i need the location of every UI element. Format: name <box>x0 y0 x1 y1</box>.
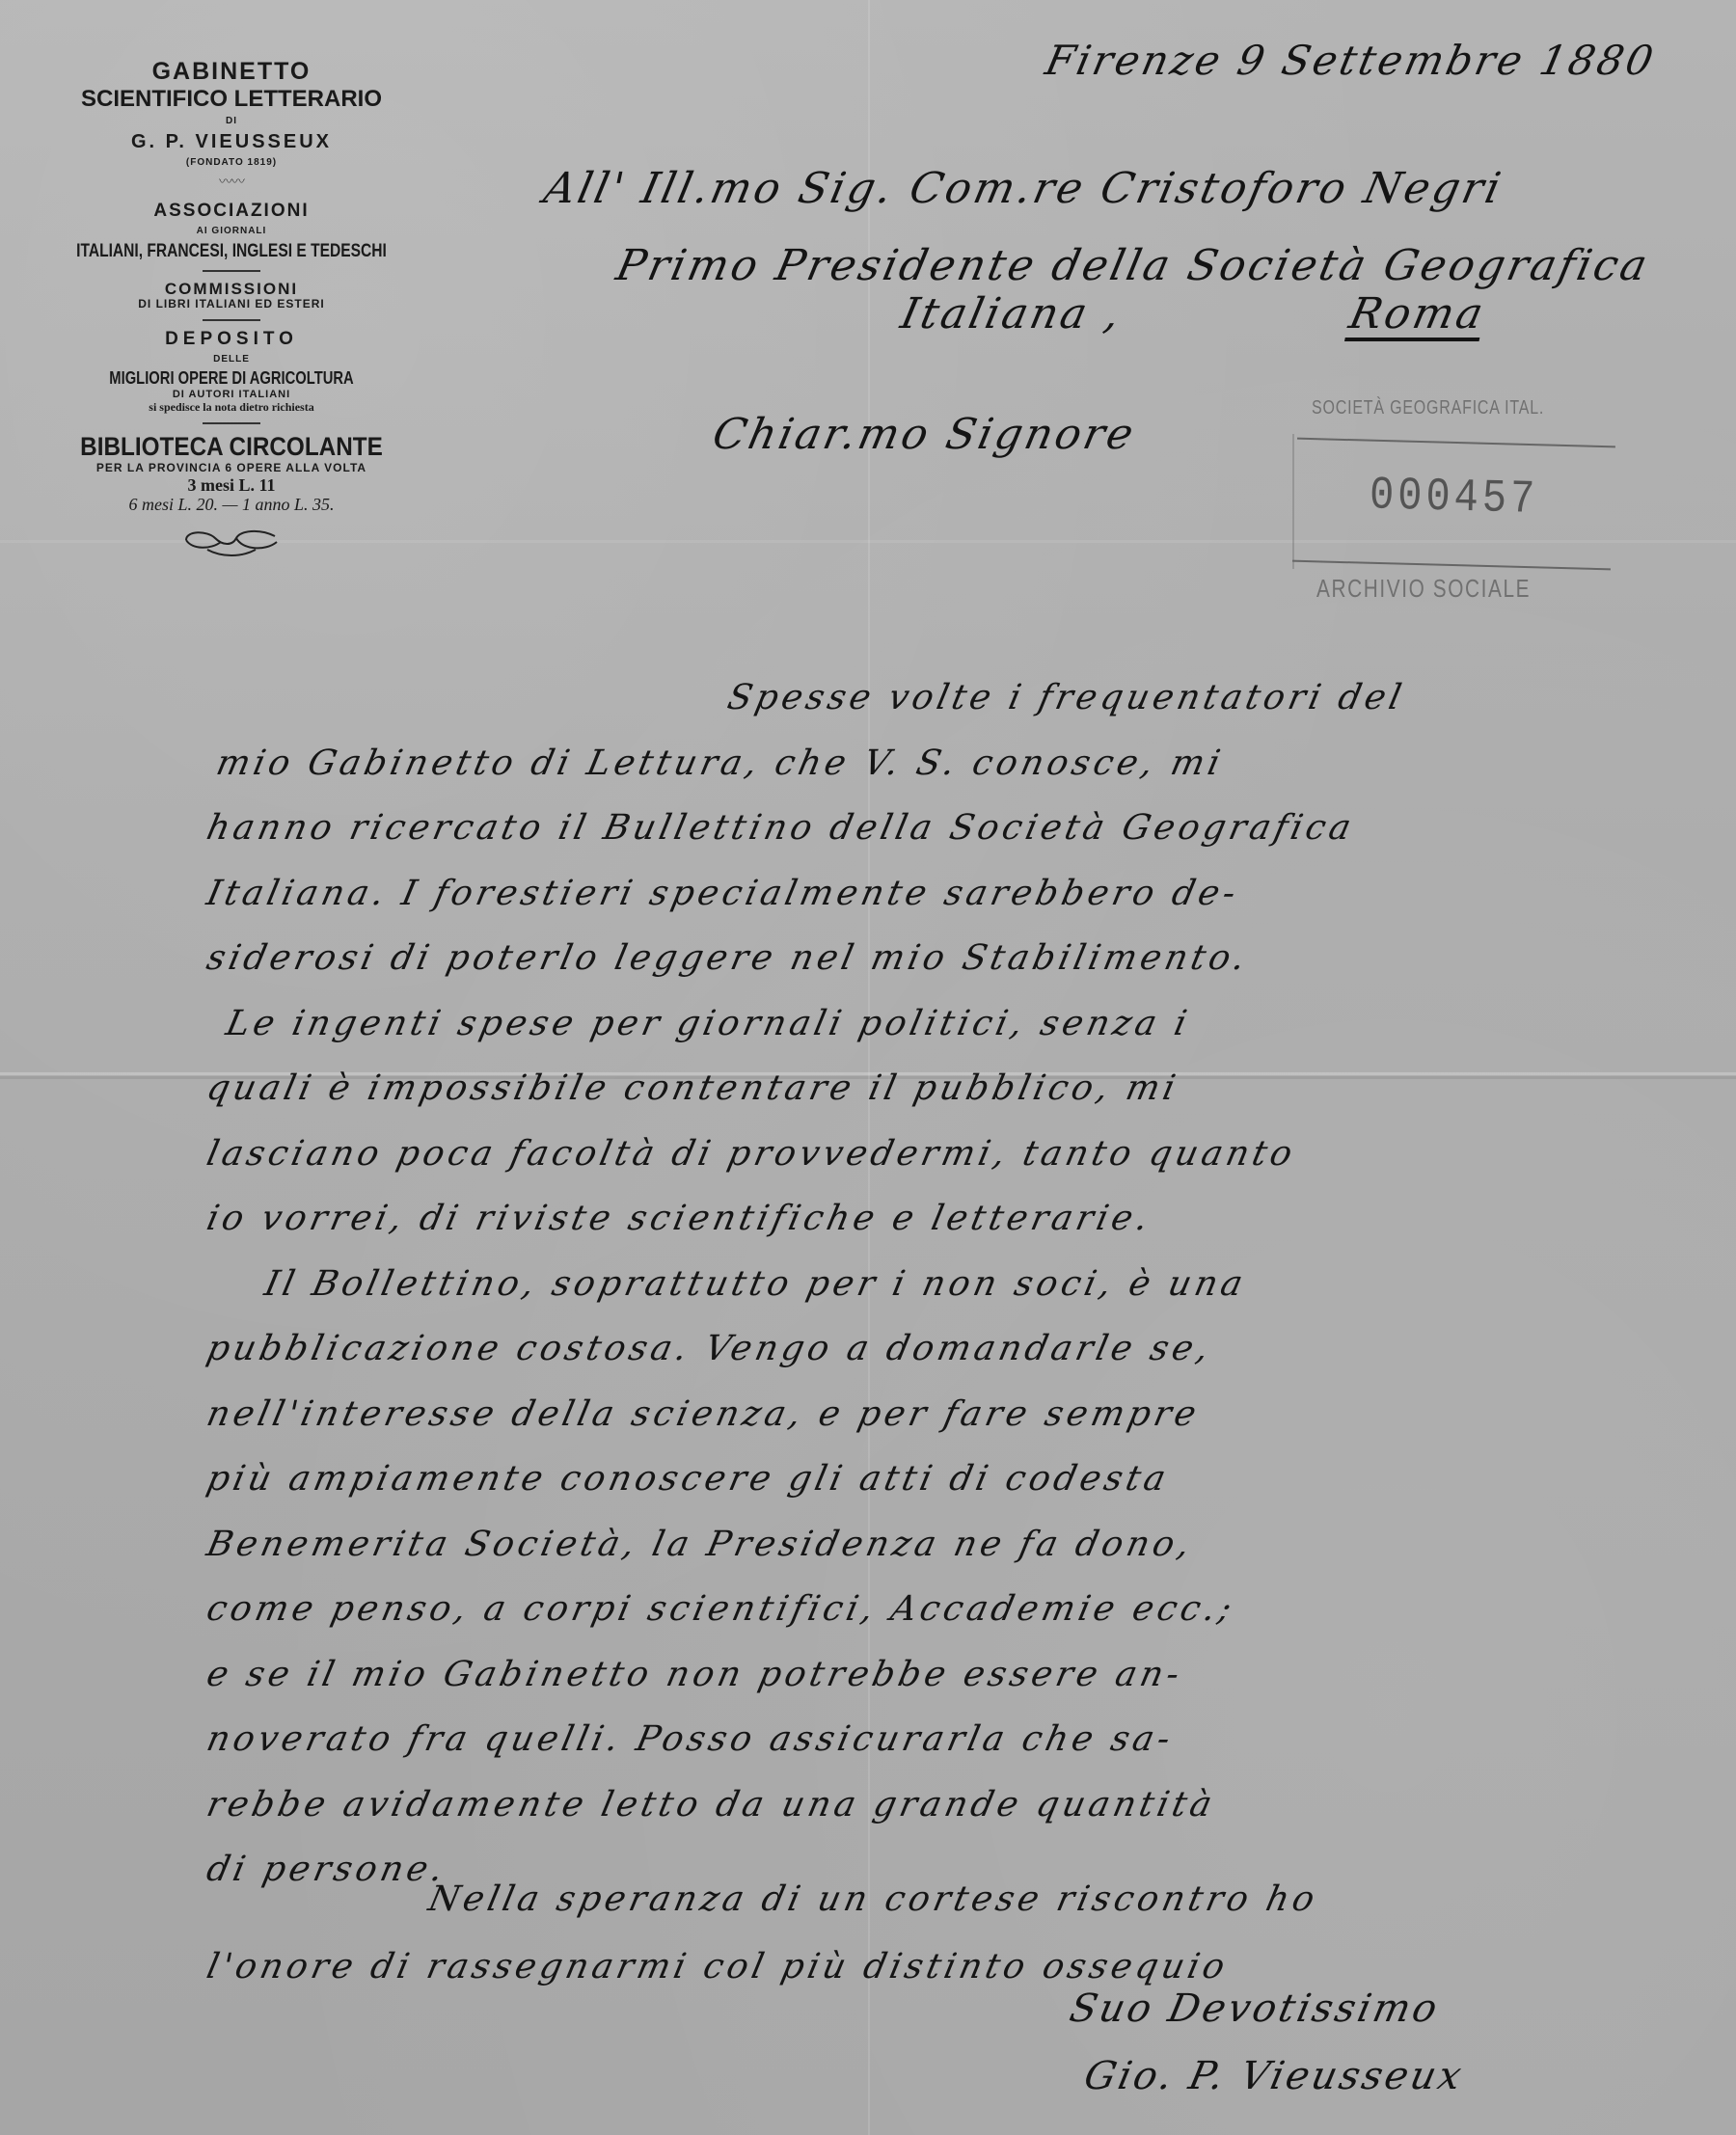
body-line: quali è impossibile contentare il pubbli… <box>201 1056 1719 1122</box>
signature-valediction: Suo Devotissimo <box>1066 1986 1444 2031</box>
body-line: rebbe avidamente letto da una grande qua… <box>201 1772 1719 1838</box>
letterhead-title: GABINETTO <box>29 58 434 86</box>
body-line: come penso, a corpi scientifici, Accadem… <box>201 1577 1719 1642</box>
recipient-city: Roma <box>1345 289 1490 338</box>
letterhead-founded: (FONDATO 1819) <box>29 157 434 169</box>
body-line: più ampiamente conoscere gli atti di cod… <box>201 1446 1719 1512</box>
body-line: siderosi di poterlo leggere nel mio Stab… <box>201 926 1719 991</box>
letter-body: Spesse volte i frequentatori del mio Gab… <box>207 665 1712 1903</box>
body-line: Il Bollettino, soprattutto per i non soc… <box>201 1252 1719 1317</box>
body-line: lasciano poca facoltà di provvedermi, ta… <box>201 1122 1719 1187</box>
section-deposito-title: DEPOSITO <box>29 329 434 350</box>
body-line: Italiana. I forestieri specialmente sare… <box>201 861 1719 927</box>
letter-closing: Nella speranza di un cortese riscontro h… <box>207 1866 1712 2001</box>
signature-name: Gio. P. Vieusseux <box>1080 2054 1468 2098</box>
recipient-line-1: All' Ill.mo Sig. Com.re Cristoforo Negri <box>540 164 1507 213</box>
section-commissioni-detail: DI LIBRI ITALIANI ED ESTERI <box>29 298 434 311</box>
letterhead-owner: G. P. VIEUSSEUX <box>29 131 434 153</box>
body-line: Le ingenti spese per giornali politici, … <box>201 991 1719 1057</box>
body-line: pubblicazione costosa. Vengo a domandarl… <box>201 1316 1719 1382</box>
letterhead: GABINETTO SCIENTIFICO LETTERARIO DI G. P… <box>29 58 434 564</box>
stamp-archive-number: 000457 <box>1369 469 1539 527</box>
closing-line: l'onore di rassegnarmi col più distinto … <box>201 1933 1720 2001</box>
body-line: Spesse volte i frequentatori del <box>201 665 1719 731</box>
section-biblioteca-title: BIBLIOTECA CIRCOLANTE <box>49 432 414 462</box>
section-associazioni-sub: AI GIORNALI <box>29 226 434 237</box>
body-line: e se il mio Gabinetto non potrebbe esser… <box>201 1642 1719 1708</box>
section-deposito-detail: MIGLIORI OPERE DI AGRICOLTURA <box>66 368 397 389</box>
section-associazioni-title: ASSOCIAZIONI <box>29 201 434 222</box>
section-associazioni-detail: ITALIANI, FRANCESI, INGLESI E TEDESCHI <box>66 241 397 262</box>
closing-line: Nella speranza di un cortese riscontro h… <box>201 1866 1720 1933</box>
letter-date: Firenze 9 Settembre 1880 <box>1042 37 1661 84</box>
section-deposito-note: si spedisce la nota dietro richiesta <box>29 401 434 415</box>
price-three-months: 3 mesi L. 11 <box>29 475 434 496</box>
wave-divider-icon: 〰〰 <box>29 172 434 191</box>
section-deposito-sub: DELLE <box>29 354 434 365</box>
letterhead-subtitle: SCIENTIFICO LETTERARIO <box>29 86 434 113</box>
letterhead-di: DI <box>29 116 434 127</box>
body-line: Benemerita Società, la Presidenza ne fa … <box>201 1512 1719 1578</box>
stamp-rule <box>1292 560 1611 571</box>
archive-stamp: SOCIETÀ GEOGRAFICA ITAL. 000457 ARCHIVIO… <box>1292 386 1611 608</box>
salutation: Chiar.mo Signore <box>709 410 1141 459</box>
stamp-archive-label: ARCHIVIO SOCIALE <box>1316 574 1531 604</box>
divider <box>203 270 260 272</box>
flourish-ornament-icon <box>178 525 285 559</box>
stamp-rule <box>1297 438 1615 448</box>
section-biblioteca-sub: PER LA PROVINCIA 6 OPERE ALLA VOLTA <box>29 462 434 475</box>
divider <box>203 319 260 321</box>
letter-page: GABINETTO SCIENTIFICO LETTERARIO DI G. P… <box>0 0 1736 2135</box>
section-commissioni-title: COMMISSIONI <box>29 280 434 299</box>
price-six-months-year: 6 mesi L. 20. — 1 anno L. 35. <box>29 495 434 515</box>
body-line: io vorrei, di riviste scientifiche e let… <box>201 1186 1719 1252</box>
body-line: nell'interesse della scienza, e per fare… <box>201 1382 1719 1447</box>
body-line: hanno ricercato il Bullettino della Soci… <box>201 796 1719 861</box>
stamp-border <box>1292 434 1294 569</box>
recipient-line-2: Primo Presidente della Società Geografic… <box>612 241 1655 290</box>
stamp-society-label: SOCIETÀ GEOGRAFICA ITAL. <box>1312 397 1544 419</box>
body-line: noverato fra quelli. Posso assicurarla c… <box>201 1707 1719 1772</box>
body-line: mio Gabinetto di Lettura, che V. S. cono… <box>201 731 1719 797</box>
recipient-line-3: Italiana , <box>897 289 1127 338</box>
divider <box>203 422 260 424</box>
